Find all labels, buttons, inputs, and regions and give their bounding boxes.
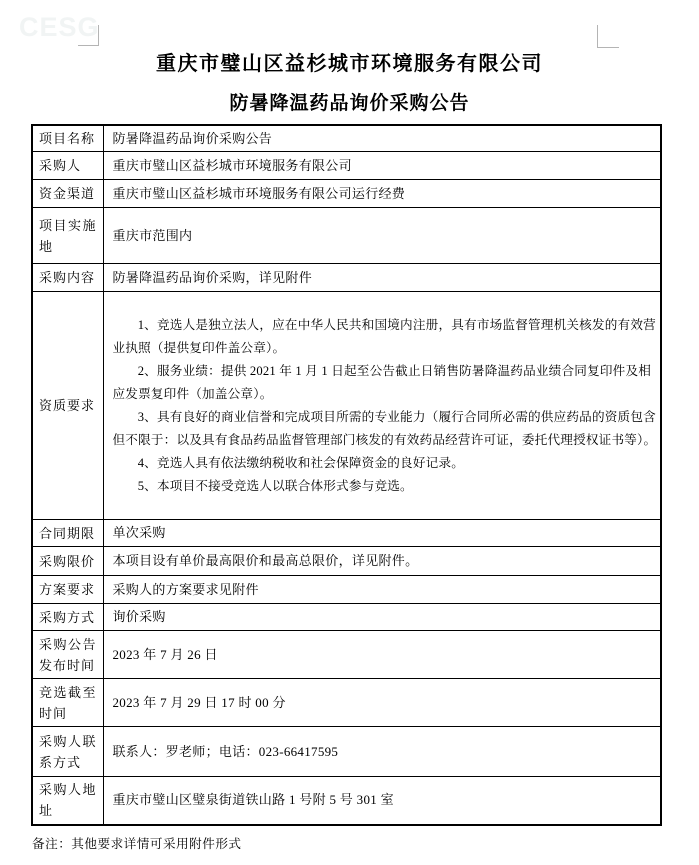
- label-procurement-content: 采购内容: [32, 264, 103, 292]
- document-subtitle: 防暑降温药品询价采购公告: [0, 78, 699, 116]
- label-price-limit: 采购限价: [32, 547, 103, 576]
- document-title: 重庆市璧山区益杉城市环境服务有限公司: [0, 0, 699, 78]
- crop-mark-left-icon: [78, 25, 99, 46]
- crop-mark-right-icon: [597, 25, 619, 48]
- value-purchaser-contact: 联系人：罗老师；电话：023-66417595: [103, 727, 661, 777]
- table-row-announcement-publish-date: 采购公告发布时间 2023 年 7 月 26 日: [32, 631, 661, 679]
- qualification-item-5: 5、本项目不接受竞选人以联合体形式参与竞选。: [113, 475, 658, 498]
- table-row-plan-requirements: 方案要求 采购人的方案要求见附件: [32, 576, 661, 604]
- value-project-name: 防暑降温药品询价采购公告: [103, 125, 661, 152]
- label-announcement-publish-date: 采购公告发布时间: [32, 631, 103, 679]
- value-purchaser: 重庆市璧山区益杉城市环境服务有限公司: [103, 152, 661, 180]
- value-purchaser-address: 重庆市璧山区璧泉街道铁山路 1 号附 5 号 301 室: [103, 777, 661, 825]
- label-funding-source: 资金渠道: [32, 180, 103, 208]
- table-row-purchaser: 采购人 重庆市璧山区益杉城市环境服务有限公司: [32, 152, 661, 180]
- table-row-contract-period: 合同期限 单次采购: [32, 520, 661, 547]
- label-project-name: 项目名称: [32, 125, 103, 152]
- value-contract-period: 单次采购: [103, 520, 661, 547]
- table-row-procurement-method: 采购方式 询价采购: [32, 604, 661, 631]
- value-plan-requirements: 采购人的方案要求见附件: [103, 576, 661, 604]
- label-implementation-location: 项目实施地: [32, 208, 103, 264]
- value-qualification-requirements: 1、竞选人是独立法人，应在中华人民共和国境内注册，具有市场监督管理机关核发的有效…: [103, 292, 661, 520]
- value-implementation-location: 重庆市范围内: [103, 208, 661, 264]
- label-purchaser-contact: 采购人联系方式: [32, 727, 103, 777]
- table-row-purchaser-contact: 采购人联系方式 联系人：罗老师；电话：023-66417595: [32, 727, 661, 777]
- value-procurement-content: 防暑降温药品询价采购，详见附件: [103, 264, 661, 292]
- value-price-limit: 本项目设有单价最高限价和最高总限价，详见附件。: [103, 547, 661, 576]
- remark-note: 备注：其他要求详情可采用附件形式: [32, 835, 699, 853]
- table-row-bid-deadline: 竞选截至时间 2023 年 7 月 29 日 17 时 00 分: [32, 679, 661, 727]
- label-purchaser-address: 采购人地址: [32, 777, 103, 825]
- table-row-qualification-requirements: 资质要求 1、竞选人是独立法人，应在中华人民共和国境内注册，具有市场监督管理机关…: [32, 292, 661, 520]
- table-row-funding-source: 资金渠道 重庆市璧山区益杉城市环境服务有限公司运行经费: [32, 180, 661, 208]
- label-purchaser: 采购人: [32, 152, 103, 180]
- qualification-item-3: 3、具有良好的商业信誉和完成项目所需的专业能力（履行合同所必需的供应药品的资质包…: [113, 406, 658, 452]
- table-row-implementation-location: 项目实施地 重庆市范围内: [32, 208, 661, 264]
- label-plan-requirements: 方案要求: [32, 576, 103, 604]
- qualification-item-1: 1、竞选人是独立法人，应在中华人民共和国境内注册，具有市场监督管理机关核发的有效…: [113, 314, 658, 360]
- table-row-project-name: 项目名称 防暑降温药品询价采购公告: [32, 125, 661, 152]
- table-row-price-limit: 采购限价 本项目设有单价最高限价和最高总限价，详见附件。: [32, 547, 661, 576]
- qualification-item-2: 2、服务业绩：提供 2021 年 1 月 1 日起至公告截止日销售防暑降温药品业…: [113, 360, 658, 406]
- label-procurement-method: 采购方式: [32, 604, 103, 631]
- label-qualification-requirements: 资质要求: [32, 292, 103, 520]
- table-row-procurement-content: 采购内容 防暑降温药品询价采购，详见附件: [32, 264, 661, 292]
- value-announcement-publish-date: 2023 年 7 月 26 日: [103, 631, 661, 679]
- table-row-purchaser-address: 采购人地址 重庆市璧山区璧泉街道铁山路 1 号附 5 号 301 室: [32, 777, 661, 825]
- value-procurement-method: 询价采购: [103, 604, 661, 631]
- label-bid-deadline: 竞选截至时间: [32, 679, 103, 727]
- qualification-item-4: 4、竞选人具有依法缴纳税收和社会保障资金的良好记录。: [113, 452, 658, 475]
- value-funding-source: 重庆市璧山区益杉城市环境服务有限公司运行经费: [103, 180, 661, 208]
- label-contract-period: 合同期限: [32, 520, 103, 547]
- value-bid-deadline: 2023 年 7 月 29 日 17 时 00 分: [103, 679, 661, 727]
- announcement-table: 项目名称 防暑降温药品询价采购公告 采购人 重庆市璧山区益杉城市环境服务有限公司…: [31, 124, 662, 826]
